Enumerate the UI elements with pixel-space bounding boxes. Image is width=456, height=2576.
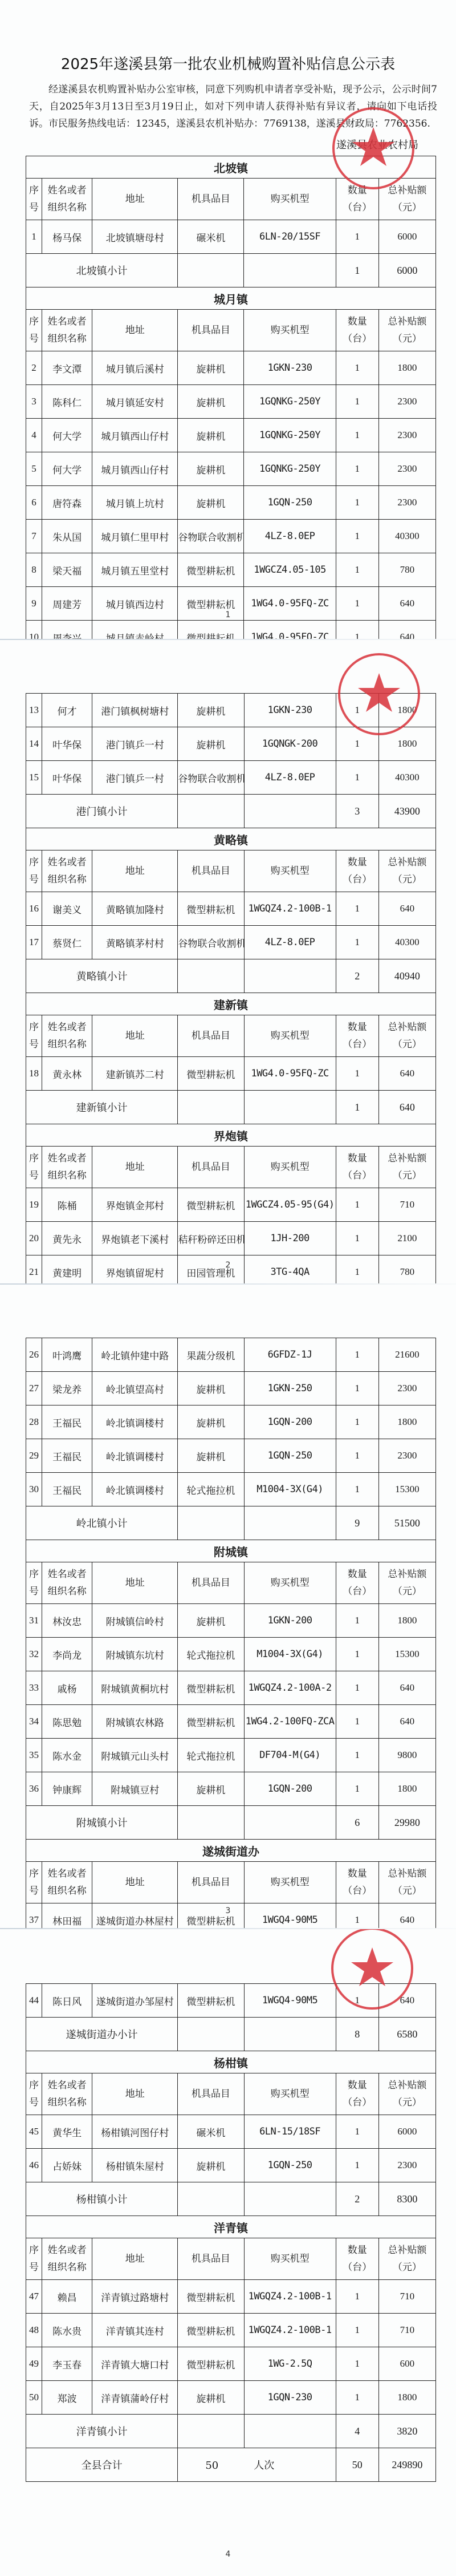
table-row: 32李尚龙附城镇东坑村轮式拖拉机M1004-3X(G4)115300 (26, 1638, 436, 1671)
subtotal-row: 附城镇小计629980 (26, 1806, 436, 1840)
column-header-row: 序号 姓名或者组织名称 地址机具品目购买机型 数量（台） 总补贴额（元） (26, 1862, 436, 1903)
page-1: 2025年遂溪县第一批农业机械购置补贴信息公示表 经遂溪县农机购置补贴办公室审核… (0, 0, 456, 639)
grand-total-persons: 50人次 (178, 2448, 336, 2482)
subtotal-row: 杨柑镇小计28300 (26, 2182, 436, 2216)
column-header-row: 序号 姓名或者组织名称 地址机具品目购买机型 数量（台） 总补贴额（元） (26, 2073, 436, 2115)
subtotal-row: 遂城街道办小计86580 (26, 2018, 436, 2051)
issuer-name: 遂溪县农业农村局 (336, 137, 418, 152)
table-row: 48陈水贵洋青镇其连村微型耕耘机1WGQZ4.2-100B-11710 (26, 2314, 436, 2347)
column-header-row: 序号 姓名或者组织名称 地址 机具品目 购买机型 数量（台） 总补贴额（元） (26, 179, 436, 220)
table-row: 33戚杨附城镇黄桐坑村微型耕耘机1WGQZ4.2-100A-21640 (26, 1671, 436, 1705)
header-name: 姓名或者组织名称 (42, 179, 92, 220)
subtotal-row: 洋青镇小计43820 (26, 2415, 436, 2448)
column-header-row: 序号 姓名或者组织名称 地址机具品目购买机型 数量（台） 总补贴额（元） (26, 2238, 436, 2280)
header-qty: 数量（台） (336, 179, 378, 220)
table-row: 46占娇妹杨柑镇朱屋村旋耕机1GQN-25012300 (26, 2149, 436, 2182)
section-heading: 洋青镇 (26, 2216, 436, 2238)
table-row: 47赖昌洋青镇过路塘村微型耕耘机1WGQZ4.2-100B-11710 (26, 2280, 436, 2314)
table-row: 10周李兴城月镇赤岭村微型耕耘机1WG4.0-95FQ-ZC1640 (26, 621, 436, 639)
table-row: 31林汝忠附城镇信岭村旋耕机1GKN-20011800 (26, 1604, 436, 1638)
table-row: 50郑波洋青镇蒲岭仔村旋耕机1GQN-23011800 (26, 2381, 436, 2415)
table-row: 3陈科仁城月镇延安村旋耕机1GQNKG-250Y12300 (26, 385, 436, 419)
grand-total-amount: 249890 (378, 2448, 435, 2482)
table-row: 30王福民岭北镇调楼村轮式拖拉机M1004-3X(G4)115300 (26, 1473, 436, 1506)
section-heading: 附城镇 (26, 1540, 436, 1562)
subsidy-table-page-4: 44陈日风遂城街道办邹屋村微型耕耘机1WGQ4-90M51640 遂城街道办小计… (26, 1983, 436, 2482)
section-heading: 城月镇 (26, 287, 436, 310)
page-number: 4 (0, 2550, 456, 2559)
intro-paragraph: 经遂溪县农机购置补贴办公室审核，同意下列购机申请者享受补贴，现予公示，公示时间7… (29, 81, 437, 132)
column-header-row: 序号 姓名或者组织名称 地址机具品目购买机型 数量（台） 总补贴额（元） (26, 1562, 436, 1604)
section-heading: 北坡镇 (26, 156, 436, 179)
table-row: 15叶华保港门镇乒一村谷物联合收割机4LZ-8.0EP140300 (26, 761, 436, 795)
grand-total-qty: 50 (336, 2448, 378, 2482)
subtotal-row: 北坡镇小计16000 (26, 254, 436, 287)
table-row: 26叶鸿鹰岭北镇仲建中路果蔬分级机6GFDZ-1J121600 (26, 1338, 436, 1372)
table-row: 4何大学城月镇西山仔村旋耕机1GQNKG-250Y12300 (26, 419, 436, 452)
page-number: 3 (0, 1906, 456, 1915)
table-row: 8梁天福城月镇五里堂村微型耕耘机1WGCZ4.05-1051780 (26, 553, 436, 587)
table-row: 36钟康辉附城镇豆村旋耕机1GQN-20011800 (26, 1772, 436, 1806)
page-2: 13何才港门镇枫树塘村旋耕机1GKN-23011800 14叶华保港门镇乒一村旋… (0, 640, 456, 1283)
section-heading: 杨柑镇 (26, 2051, 436, 2073)
section-heading: 界炮镇 (26, 1124, 436, 1147)
table-row: 2李文潭城月镇后溪村旋耕机1GKN-23011800 (26, 351, 436, 385)
section-heading: 建新镇 (26, 993, 436, 1015)
table-row: 19陈桶界炮镇金邦村微型耕耘机1WGCZ4.05-95(G4)1710 (26, 1188, 436, 1222)
header-model: 购买机型 (244, 179, 336, 220)
table-row: 17蔡贤仁黄略镇茅村村谷物联合收割机4LZ-8.0EP140300 (26, 926, 436, 959)
subsidy-table-page-1: 北坡镇 序号 姓名或者组织名称 地址 机具品目 购买机型 数量（台） 总补贴额（… (26, 156, 436, 639)
table-row: 14叶华保港门镇乒一村旋耕机1GQNGK-20011800 (26, 727, 436, 761)
table-row: 20黄先永界炮镇老下溪村秸秆粉碎还田机1JH-20012100 (26, 1222, 436, 1255)
table-row: 34陈思勉附城镇农林路微型耕耘机1WG4.2-100FQ-ZCA1640 (26, 1705, 436, 1739)
header-no: 序号 (26, 179, 42, 220)
table-row: 18黄永林建新镇苏二村微型耕耘机1WG4.0-95FQ-ZC1640 (26, 1057, 436, 1091)
page-4: 44陈日风遂城街道办邹屋村微型耕耘机1WGQ4-90M51640 遂城街道办小计… (0, 1929, 456, 2576)
table-row: 45黄华生杨柑镇河图仔村碾米机6LN-15/18SF16000 (26, 2115, 436, 2149)
page-number: 2 (0, 1261, 456, 1270)
page-number: 1 (0, 610, 456, 619)
table-row: 28王福民岭北镇调楼村旋耕机1GQN-20011800 (26, 1406, 436, 1439)
table-row: 6唐符森城月镇上坑村旋耕机1GQN-25012300 (26, 486, 436, 520)
table-row: 35陈水金附城镇元山头村轮式拖拉机DF704-M(G4)19800 (26, 1739, 436, 1772)
section-heading: 遂城街道办 (26, 1840, 436, 1862)
document-title: 2025年遂溪县第一批农业机械购置补贴信息公示表 (0, 52, 456, 74)
table-row: 44陈日风遂城街道办邹屋村微型耕耘机1WGQ4-90M51640 (26, 1984, 436, 2018)
column-header-row: 序号 姓名或者组织名称 地址机具品目购买机型 数量（台） 总补贴额（元） (26, 1015, 436, 1057)
table-row: 49李玉春洋青镇大塘口村微型耕耘机1WG-2.5Q1600 (26, 2347, 436, 2381)
page-3: 26叶鸿鹰岭北镇仲建中路果蔬分级机6GFDZ-1J121600 27梁龙养岭北镇… (0, 1285, 456, 1928)
column-header-row: 序号 姓名或者组织名称 地址机具品目购买机型 数量（台） 总补贴额（元） (26, 1147, 436, 1188)
subtotal-row: 黄略镇小计240940 (26, 959, 436, 993)
column-header-row: 序号 姓名或者组织名称 地址机具品目购买机型 数量（台） 总补贴额（元） (26, 310, 436, 351)
table-row: 13何才港门镇枫树塘村旋耕机1GKN-23011800 (26, 694, 436, 727)
grand-total-label: 全县合计 (26, 2448, 178, 2482)
subtotal-row: 岭北镇小计951500 (26, 1506, 436, 1540)
table-row: 1杨马保北坡镇塘母村碾米机6LN-20/15SF16000 (26, 220, 436, 254)
section-heading: 黄略镇 (26, 828, 436, 850)
subsidy-table-page-2: 13何才港门镇枫树塘村旋耕机1GKN-23011800 14叶华保港门镇乒一村旋… (26, 693, 436, 1283)
table-row: 7朱从国城月镇仁里甲村谷物联合收割机4LZ-8.0EP140300 (26, 520, 436, 553)
header-item: 机具品目 (178, 179, 244, 220)
header-amount: 总补贴额（元） (378, 179, 435, 220)
header-address: 地址 (92, 179, 178, 220)
table-row: 16谢美义黄略镇加隆村微型耕耘机1WGQZ4.2-100B-11640 (26, 892, 436, 926)
table-row: 5何大学城月镇西山仔村旋耕机1GQNKG-250Y12300 (26, 452, 436, 486)
table-row: 27梁龙养岭北镇望高村旋耕机1GKN-25012300 (26, 1372, 436, 1406)
subsidy-table-page-3: 26叶鸿鹰岭北镇仲建中路果蔬分级机6GFDZ-1J121600 27梁龙养岭北镇… (26, 1338, 436, 1928)
column-header-row: 序号 姓名或者组织名称 地址机具品目购买机型 数量（台） 总补贴额（元） (26, 850, 436, 892)
table-row: 29王福民岭北镇调楼村旋耕机1GQN-25012300 (26, 1439, 436, 1473)
subtotal-row: 港门镇小计343900 (26, 795, 436, 828)
subtotal-row: 建新镇小计1640 (26, 1091, 436, 1124)
grand-total-row: 全县合计 50人次 50 249890 (26, 2448, 436, 2482)
